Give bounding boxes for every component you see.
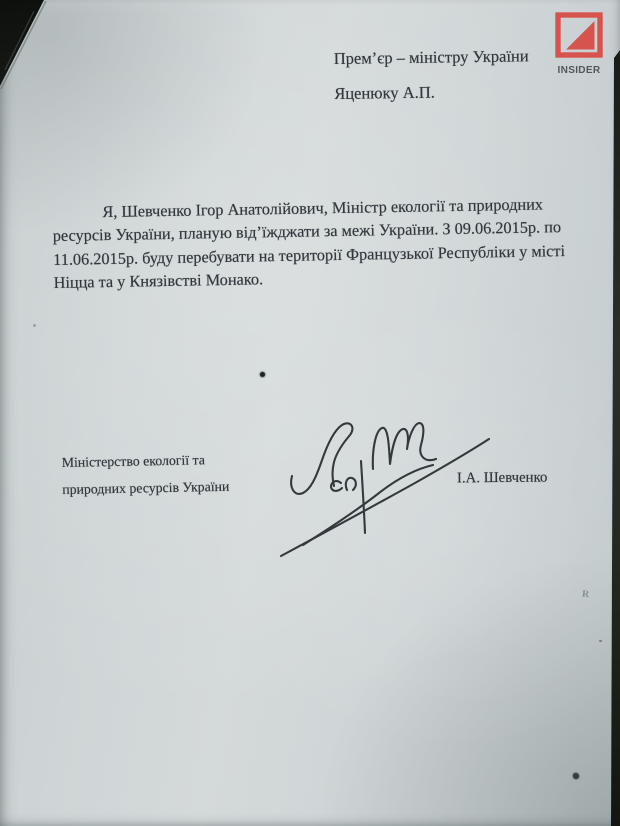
- ministry-line-2: природних ресурсів України: [62, 473, 230, 503]
- ministry-line-1: Міністерство екології та: [61, 446, 229, 476]
- recipient-block: Прем’єр – міністру України Яценюку А.П.: [334, 38, 530, 111]
- document-photo: INSIDER Прем’єр – міністру України Яценю…: [0, 0, 620, 826]
- body-paragraph: Я, Шевченко Ігор Анатолійович, Міністр е…: [52, 192, 559, 294]
- stray-mark: R: [581, 589, 589, 601]
- signer-name: І.А. Шевченко: [457, 470, 548, 488]
- document-page: [0, 0, 620, 826]
- paper-speck: [599, 640, 602, 642]
- recipient-line-2: Яценюку А.П.: [334, 73, 529, 111]
- insider-logo-icon: [555, 12, 603, 58]
- insider-watermark: INSIDER: [548, 12, 610, 76]
- paper-speck: [33, 324, 36, 327]
- insider-logo-text: INSIDER: [549, 64, 609, 76]
- ink-dot: [260, 372, 265, 377]
- recipient-line-1: Прем’єр – міністру України: [334, 38, 529, 76]
- paper-speck: [573, 773, 579, 779]
- ministry-block: Міністерство екології та природних ресур…: [61, 446, 229, 503]
